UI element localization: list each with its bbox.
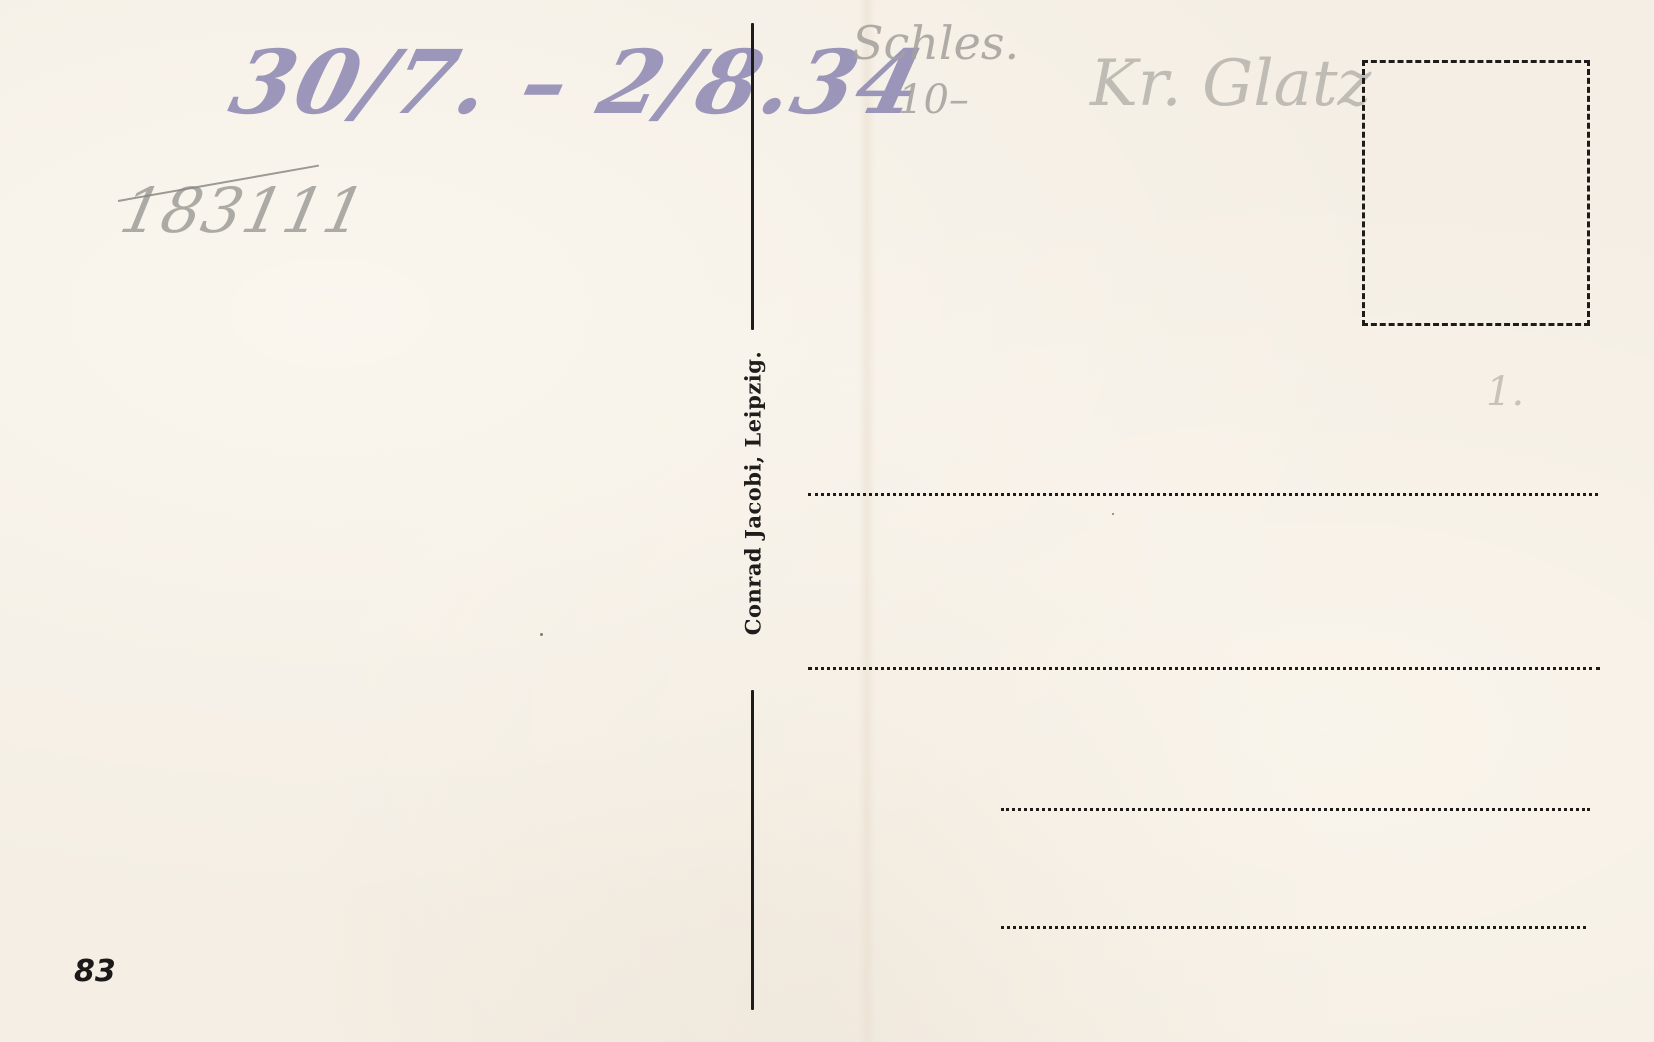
handwritten-date-range: 30/7. – 2/8.34 (223, 38, 932, 126)
card-number: 83 (74, 954, 116, 989)
divider-line-top (751, 23, 754, 330)
paper-speck (540, 633, 543, 636)
handwritten-price: 10– (898, 80, 969, 120)
address-line-2 (808, 667, 1600, 670)
postcard-back: 30/7. – 2/8.34 183111 Schles. 10– Kr. Gl… (0, 0, 1654, 1042)
handwritten-region: Schles. (852, 20, 1019, 66)
handwritten-corner-mark: 1. (1486, 372, 1524, 412)
address-line-3 (1001, 808, 1590, 811)
handwritten-district: Kr. Glatz (1090, 52, 1371, 116)
center-fold-shading (858, 0, 876, 1042)
divider-line-bottom (751, 690, 754, 1010)
paper-speck (1112, 513, 1114, 515)
stamp-box (1362, 60, 1590, 326)
handwritten-reference-number: 183111 (115, 180, 371, 242)
publisher-imprint: Conrad Jacobi, Leipzig. (741, 351, 766, 635)
address-line-1 (808, 493, 1598, 496)
address-line-4 (1001, 926, 1586, 929)
